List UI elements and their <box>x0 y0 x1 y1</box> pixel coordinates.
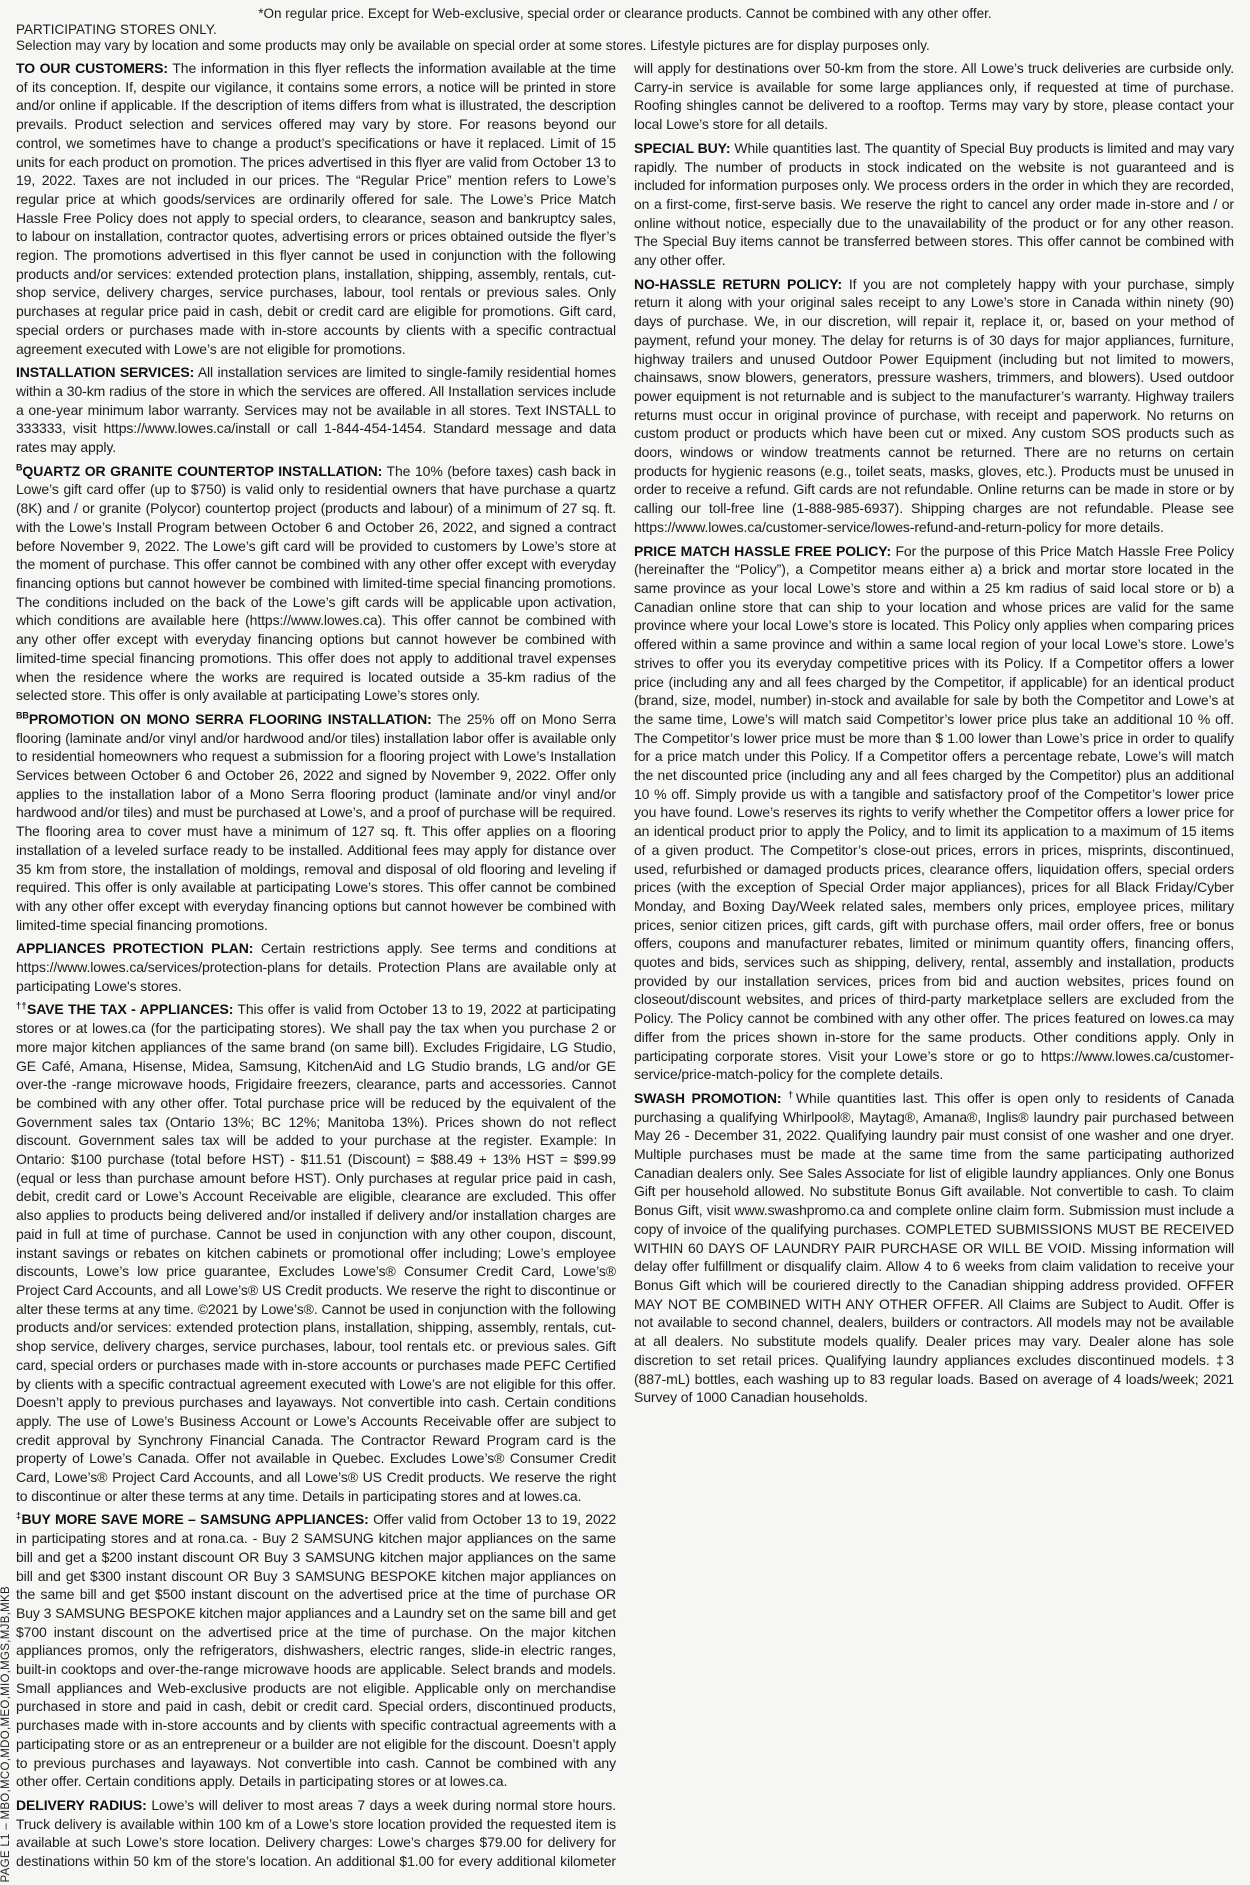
section-swash-promotion: SWASH PROMOTION: †While quantities last.… <box>634 1089 1234 1407</box>
section-body: The 25% off on Mono Serra flooring (lami… <box>16 711 616 933</box>
section-body: While quantities last. This offer is ope… <box>634 1090 1234 1405</box>
section-body: For the purpose of this Price Match Hass… <box>634 543 1234 1083</box>
footnote-marker: †† <box>16 1001 27 1011</box>
section-heading: ‡BUY MORE SAVE MORE – SAMSUNG APPLIANCES… <box>16 1511 369 1527</box>
header-participating-stores-note: PARTICIPATING STORES ONLY. <box>0 22 1250 38</box>
section-appliances-protection-plan: APPLIANCES PROTECTION PLAN: Certain rest… <box>16 939 616 995</box>
page-header: *On regular price. Except for Web-exclus… <box>0 0 1250 54</box>
section-body: If you are not completely happy with you… <box>634 276 1234 535</box>
section-installation-services: INSTALLATION SERVICES: All installation … <box>16 363 616 457</box>
section-body: The 10% (before taxes) cash back in Lowe… <box>16 463 616 703</box>
section-heading: DELIVERY RADIUS: <box>16 1797 147 1813</box>
section-quartz-granite-countertop: BQUARTZ OR GRANITE COUNTERTOP INSTALLATI… <box>16 462 616 705</box>
terms-two-column-area: TO OUR CUSTOMERS: The information in thi… <box>0 54 1250 1881</box>
footnote-marker: BB <box>16 710 29 720</box>
section-heading: INSTALLATION SERVICES: <box>16 364 194 380</box>
section-buy-more-save-more-samsung: ‡BUY MORE SAVE MORE – SAMSUNG APPLIANCES… <box>16 1510 616 1791</box>
section-heading: TO OUR CUSTOMERS: <box>16 60 168 76</box>
section-body: The information in this flyer reflects t… <box>16 60 616 357</box>
header-selection-note: Selection may vary by location and some … <box>0 38 1250 54</box>
section-save-the-tax-appliances: ††SAVE THE TAX - APPLIANCES: This offer … <box>16 1000 616 1505</box>
section-special-buy: SPECIAL BUY: While quantities last. The … <box>634 139 1234 270</box>
page-code-vertical-label: PAGE L1 – MBO,MCO,MDO,MEO,MIO,MGS,MJB,MK… <box>0 1586 12 1882</box>
section-heading: BBPROMOTION ON MONO SERRA FLOORING INSTA… <box>16 711 432 727</box>
section-heading: PRICE MATCH HASSLE FREE POLICY: <box>634 543 891 559</box>
footnote-marker: † <box>788 1089 796 1099</box>
section-body: While quantities last. The quantity of S… <box>634 140 1234 268</box>
section-heading: ††SAVE THE TAX - APPLIANCES: <box>16 1001 233 1017</box>
section-no-hassle-return-policy: NO-HASSLE RETURN POLICY: If you are not … <box>634 275 1234 537</box>
section-heading: SPECIAL BUY: <box>634 140 730 156</box>
section-mono-serra-flooring: BBPROMOTION ON MONO SERRA FLOORING INSTA… <box>16 710 616 934</box>
section-body: Offer valid from October 13 to 19, 2022 … <box>16 1511 616 1789</box>
section-heading: APPLIANCES PROTECTION PLAN: <box>16 940 253 956</box>
section-heading: NO-HASSLE RETURN POLICY: <box>634 276 842 292</box>
section-price-match-hassle-free-policy: PRICE MATCH HASSLE FREE POLICY: For the … <box>634 542 1234 1084</box>
section-heading: SWASH PROMOTION: <box>634 1090 781 1106</box>
section-heading: BQUARTZ OR GRANITE COUNTERTOP INSTALLATI… <box>16 463 382 479</box>
section-to-our-customers: TO OUR CUSTOMERS: The information in thi… <box>16 59 616 358</box>
header-regular-price-note: *On regular price. Except for Web-exclus… <box>0 6 1250 22</box>
section-body: This offer is valid from October 13 to 1… <box>16 1001 616 1503</box>
